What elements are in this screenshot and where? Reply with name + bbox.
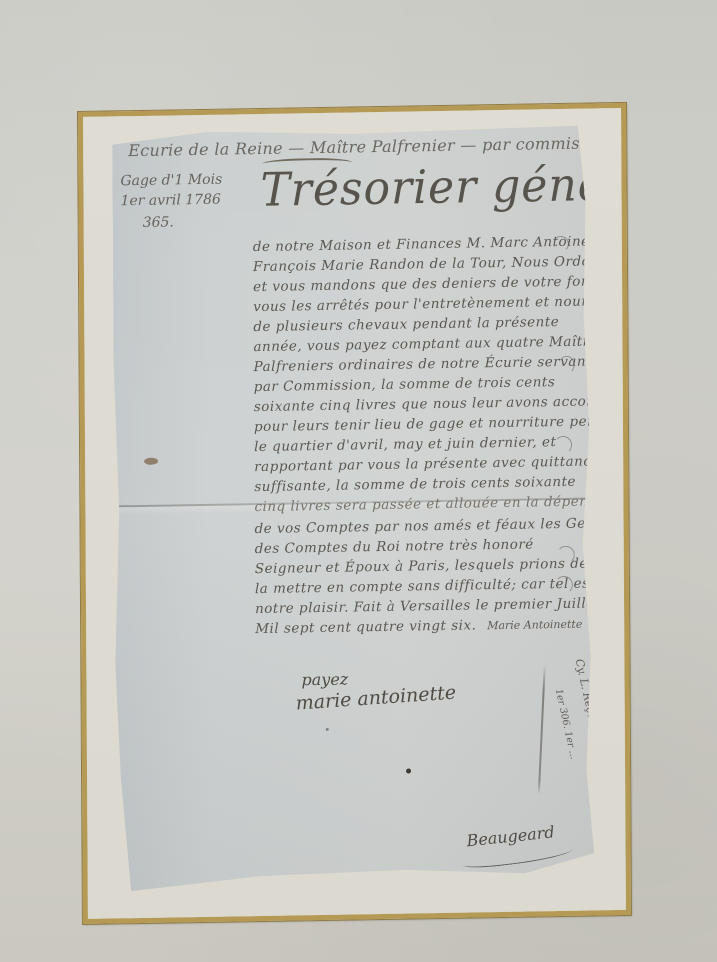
body-line: de vos Comptes par nos amés et féaux les…	[255, 515, 603, 537]
framed-document: Ecurie de la Reine — Maître Palfrenier —…	[78, 103, 631, 924]
swash	[554, 436, 572, 454]
ink-spot	[326, 728, 329, 731]
margin-note-wage: Gage d'1 Mois	[120, 172, 222, 190]
body-line: Seigneur et Époux à Paris, lesquels prio…	[255, 556, 588, 578]
body-line: Mil sept cent quatre vingt six.	[255, 617, 475, 637]
paper-stain	[144, 458, 158, 465]
margin-note-number: 365.	[143, 214, 174, 231]
payez-annotation: payez	[301, 670, 348, 690]
body-line: pour leurs tenir lieu de gage et nourrit…	[254, 413, 629, 435]
swash	[559, 356, 575, 374]
body-line: la mettre en compte sans difficulté; car…	[255, 575, 596, 597]
body-line: de notre Maison et Finances M. Marc Anto…	[253, 234, 590, 256]
body-line: soixante cinq livres que nous leur avons…	[254, 393, 627, 415]
body-line: suffisante, la somme de trois cents soix…	[254, 474, 576, 495]
body-line: le quartier d'avril, may et juin dernier…	[254, 434, 556, 455]
header-line: Ecurie de la Reine — Maître Palfrenier —…	[128, 133, 614, 160]
body-line: cinq livres sera passée et allouée en la…	[254, 493, 604, 515]
beaugeard-signature: Beaugeard	[466, 822, 556, 850]
body-line: des Comptes du Roi notre très honoré	[255, 536, 534, 557]
body-line: Palfreniers ordinaires de notre Écurie s…	[254, 353, 594, 375]
margin-note-date: 1er avril 1786	[121, 192, 221, 210]
body-line: de plusieurs chevaux pendant la présente	[253, 314, 559, 335]
body-line: notre plaisir. Fait à Versailles le prem…	[255, 595, 601, 617]
body-line: et vous mandons que des deniers de votre…	[253, 273, 627, 295]
ink-spot	[406, 768, 411, 773]
pen-stroke	[538, 664, 546, 794]
inline-queen-signature: Marie Antoinette	[487, 618, 582, 633]
body-line: année, vous payez comptant aux quatre Ma…	[253, 333, 605, 355]
body-line: vous les arrêtés pour l'entretènement et…	[253, 293, 630, 315]
body-line: par Commission, la somme de trois cents	[254, 374, 556, 395]
vertical-annotation-secondary: 1er 306. 1er ...	[553, 688, 579, 760]
manuscript-paper: Ecurie de la Reine — Maître Palfrenier —…	[112, 125, 597, 891]
body-line: rapportant par vous la présente avec qui…	[254, 453, 600, 475]
body-line: François Marie Randon de la Tour, Nous O…	[253, 253, 634, 275]
